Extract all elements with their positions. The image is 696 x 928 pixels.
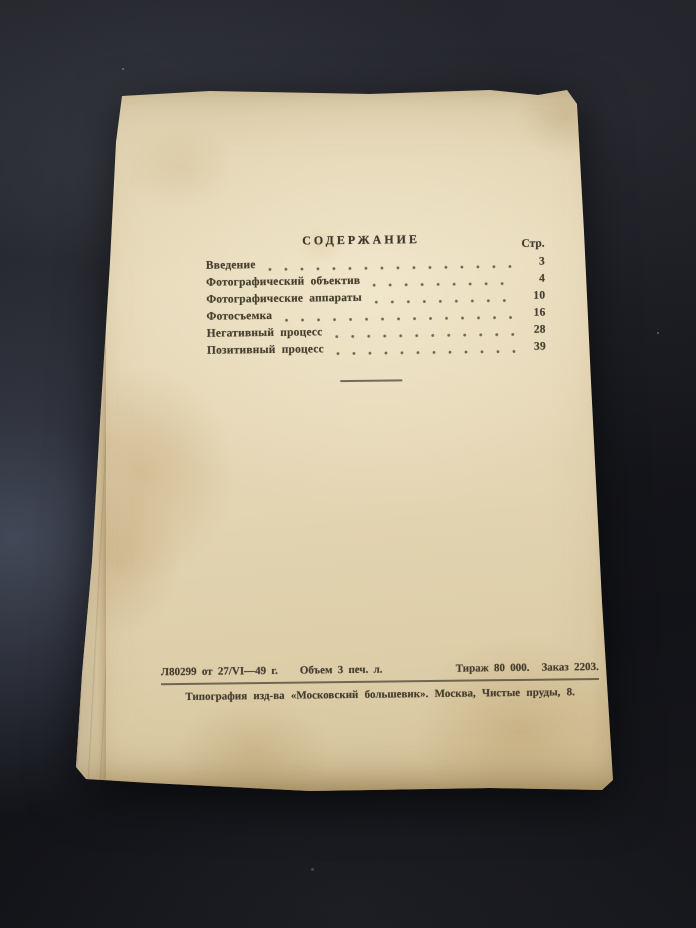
colophon: Л80299 от 27/VI—49 г. Объем 3 печ. л. Ти… bbox=[161, 661, 599, 703]
dust-speck bbox=[122, 68, 124, 70]
dust-speck bbox=[657, 332, 659, 334]
dot-leader bbox=[372, 273, 515, 292]
toc-row: Позитивный процесс 39 bbox=[207, 341, 546, 362]
colophon-right-group: Тираж 80 000. Заказ 2203. bbox=[456, 661, 599, 675]
section-divider bbox=[340, 379, 402, 382]
toc-entry-title: Позитивный процесс bbox=[207, 343, 324, 356]
toc-entry-title: Фотосъемка bbox=[206, 310, 272, 323]
toc-entry-page: 3 bbox=[523, 256, 545, 268]
toc-entry-title: Фотографический объектив bbox=[206, 275, 360, 289]
colophon-left-group: Л80299 от 27/VI—49 г. Объем 3 печ. л. bbox=[161, 664, 383, 679]
dot-leader bbox=[336, 341, 516, 360]
toc: Введение 3 Фотографический объектив 4 Фо… bbox=[206, 256, 546, 362]
volume-note: Объем 3 печ. л. bbox=[300, 664, 383, 677]
photo-background: СОДЕРЖАНИЕ Стр. Введение 3 Фотографическ… bbox=[0, 0, 696, 928]
colophon-print-data-line: Л80299 от 27/VI—49 г. Объем 3 печ. л. Ти… bbox=[161, 661, 599, 678]
colophon-divider bbox=[161, 678, 599, 685]
printer-address-line: Типография изд-ва «Московский большевик»… bbox=[161, 685, 599, 702]
dot-leader bbox=[374, 290, 516, 309]
toc-entry-title: Фотографические аппараты bbox=[206, 292, 362, 306]
toc-entry-page: 16 bbox=[523, 307, 545, 319]
printed-content: СОДЕРЖАНИЕ Стр. Введение 3 Фотографическ… bbox=[66, 79, 631, 798]
order-number: Заказ 2203. bbox=[541, 661, 599, 674]
book: СОДЕРЖАНИЕ Стр. Введение 3 Фотографическ… bbox=[70, 82, 626, 794]
toc-entry-page: 10 bbox=[523, 290, 545, 302]
toc-entry-page: 39 bbox=[524, 341, 546, 353]
toc-entry-title: Негативный процесс bbox=[207, 326, 323, 339]
permit-code: Л80299 от 27/VI—49 г. bbox=[161, 665, 278, 678]
toc-entry-title: Введение bbox=[206, 259, 256, 272]
book-back-page: СОДЕРЖАНИЕ Стр. Введение 3 Фотографическ… bbox=[70, 82, 626, 794]
toc-entry-page: 4 bbox=[523, 273, 545, 285]
dust-speck bbox=[311, 868, 314, 871]
toc-entry-page: 28 bbox=[524, 324, 546, 336]
print-run: Тираж 80 000. bbox=[456, 662, 530, 675]
